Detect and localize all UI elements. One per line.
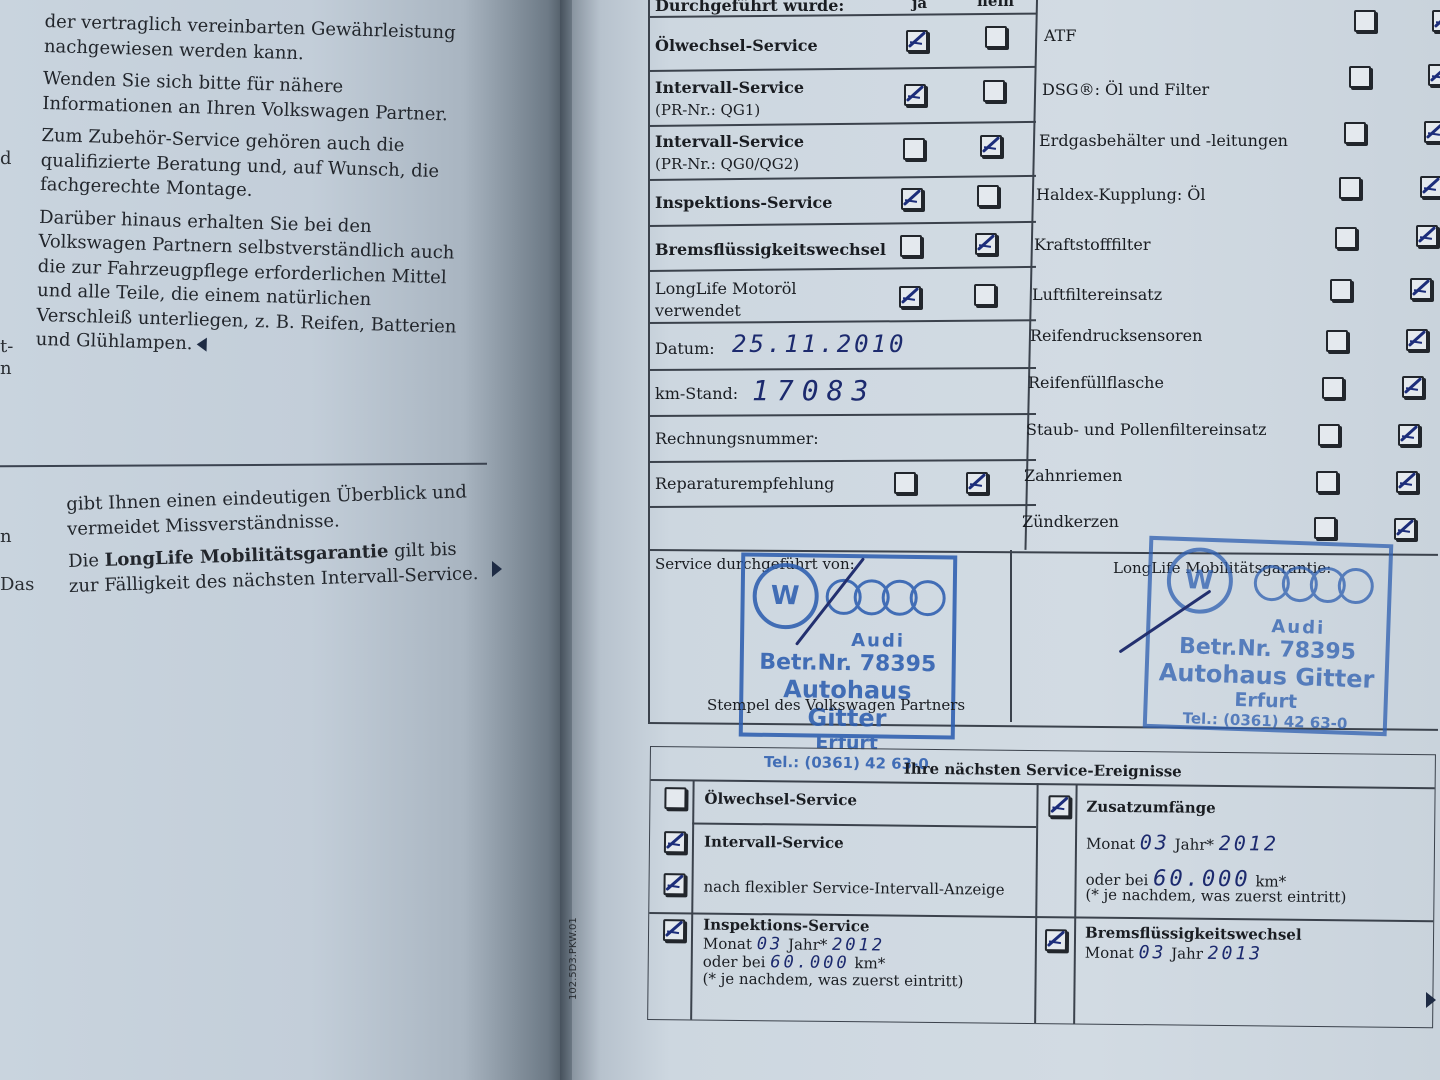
brake-fluid-date-line: Monat 03 Jahr 2013 [1085, 942, 1263, 965]
checkbox-no[interactable] [1420, 176, 1440, 198]
checkbox-yes[interactable] [900, 235, 922, 257]
audi-rings-icon [1261, 565, 1374, 605]
checkbox-yes[interactable] [1349, 66, 1371, 88]
checkbox-no[interactable] [1396, 471, 1418, 493]
checkbox-yes[interactable] [1322, 377, 1344, 399]
checkbox-no[interactable] [983, 80, 1005, 102]
brake-fluid-label: Bremsflüssigkeitswechsel [1085, 924, 1302, 944]
repair-label: Reparaturempfehlung [655, 474, 834, 493]
margin-fragment: n [0, 526, 12, 547]
inspection-note: (* je nachdem, was zuerst eintritt) [702, 970, 963, 991]
audi-rings-icon [833, 579, 945, 617]
row-sublabel: verwendet [655, 301, 741, 320]
right-check-divider [1073, 783, 1077, 1023]
checkbox-yes[interactable] [1335, 227, 1357, 249]
triangle-right-icon [1426, 992, 1436, 1008]
brake-fluid-month[interactable]: 03 [1139, 942, 1167, 963]
extras-date-line: Monat 03 Jahr* 2012 [1086, 830, 1279, 856]
checkbox-interval-service[interactable] [664, 831, 686, 853]
row-label: LongLife Motoröl [655, 279, 797, 298]
checkbox-yes[interactable] [1314, 517, 1336, 539]
margin-fragment: d [0, 148, 12, 169]
datum-label: Datum: [655, 339, 715, 358]
checkbox-flexible-interval[interactable] [663, 873, 685, 895]
checkbox-no[interactable] [1394, 518, 1416, 540]
col-no-header: nein [977, 0, 1014, 10]
extra-label: Staub- und Pollenfiltereinsatz [1026, 420, 1267, 439]
row-label: Intervall-Service [655, 132, 804, 151]
checkbox-yes[interactable] [1354, 10, 1376, 32]
checkbox-yes[interactable] [901, 188, 923, 210]
checkbox-yes[interactable] [1318, 424, 1340, 446]
vw-logo-icon: W [752, 563, 819, 630]
margin-fragment: t- [0, 336, 13, 357]
checkbox-no[interactable] [1428, 64, 1440, 86]
checkbox-yes[interactable] [904, 84, 926, 106]
invoice-label: Rechnungsnummer: [655, 429, 819, 448]
left-page-top-text: der vertraglich vereinbarten Gewährleist… [35, 10, 475, 372]
checkbox-no[interactable] [974, 284, 996, 306]
km-value[interactable]: 17083 [752, 374, 876, 407]
next-service-events: Ihre nächsten Service-Ereignisse Ölwechs… [647, 746, 1436, 1028]
checkbox-no[interactable] [1432, 10, 1440, 32]
paragraph: Wenden Sie sich bitte für nähere Informa… [42, 67, 473, 128]
checkbox-inspection[interactable] [663, 919, 685, 941]
extras-label: Zusatzumfänge [1086, 798, 1216, 817]
dealer-stamp: W Audi Betr.Nr. 78395 Autohaus Gitter Er… [1143, 536, 1394, 736]
stamp-betr-nr: Betr.Nr. 78395 [744, 650, 952, 678]
row-sublabel: (PR-Nr.: QG1) [655, 101, 760, 119]
paragraph: Darüber hinaus erhalten Sie bei den Volk… [35, 205, 469, 364]
oil-service-label: Ölwechsel-Service [704, 790, 857, 810]
row-label: Inspektions-Service [655, 193, 832, 212]
brake-fluid-year[interactable]: 2013 [1208, 943, 1264, 965]
row-label: Ölwechsel-Service [655, 36, 818, 55]
margin-fragment: Das [0, 574, 34, 595]
checkbox-yes[interactable] [1316, 471, 1338, 493]
checkbox-no[interactable] [966, 472, 988, 494]
checkbox-yes[interactable] [1339, 177, 1361, 199]
paragraph: Zum Zubehör-Service gehören auch die qua… [40, 124, 472, 209]
col-yes-header: ja [912, 0, 927, 12]
checkbox-no[interactable] [1424, 121, 1440, 143]
checkbox-oil-service[interactable] [664, 787, 686, 809]
extra-label: Luftfiltereinsatz [1032, 285, 1162, 304]
signature-divider [1010, 550, 1012, 722]
checkbox-no[interactable] [1402, 376, 1424, 398]
checkbox-no[interactable] [1406, 329, 1428, 351]
extra-label: DSG®: Öl und Filter [1042, 80, 1209, 99]
check-column-divider [690, 779, 694, 1019]
checkbox-yes[interactable] [1326, 330, 1348, 352]
extras-month[interactable]: 03 [1140, 830, 1170, 854]
checkbox-no[interactable] [1416, 225, 1438, 247]
row-label: Bremsflüssigkeitswechsel [655, 240, 886, 259]
row-divider [692, 822, 1036, 827]
interval-service-label: Intervall-Service [704, 833, 844, 852]
checkbox-no[interactable] [977, 185, 999, 207]
row-sublabel: (PR-Nr.: QG0/QG2) [655, 155, 799, 173]
extras-note: (* je nachdem, was zuerst eintritt) [1085, 886, 1346, 907]
vw-logo-icon: W [1165, 546, 1233, 614]
checkbox-no[interactable] [980, 135, 1002, 157]
checkbox-yes[interactable] [899, 286, 921, 308]
left-page-bottom-text: gibt Ihnen einen eindeutigen Überblick u… [66, 480, 489, 607]
checkbox-no[interactable] [1410, 278, 1432, 300]
print-code: 102.5D3.PKW.01 [568, 917, 579, 1000]
extra-label: Reifendrucksensoren [1030, 326, 1202, 345]
checkbox-brake-fluid[interactable] [1045, 929, 1067, 951]
datum-value[interactable]: 25.11.2010 [732, 330, 907, 358]
extra-label: Zündkerzen [1022, 512, 1119, 531]
extra-label: Haldex-Kupplung: Öl [1036, 185, 1206, 204]
checkbox-yes[interactable] [894, 472, 916, 494]
extra-label: ATF [1044, 26, 1076, 45]
checkbox-yes[interactable] [903, 138, 925, 160]
row-label: Intervall-Service [655, 78, 804, 97]
checkbox-yes[interactable] [1344, 122, 1366, 144]
checkbox-no[interactable] [1398, 424, 1420, 446]
form-border-left [648, 0, 650, 722]
stamp-caption: Stempel des Volkswagen Partners [707, 696, 965, 714]
checkbox-extras[interactable] [1048, 795, 1070, 817]
km-label: km-Stand: [655, 384, 738, 403]
margin-fragment: n [0, 358, 12, 379]
checkbox-no[interactable] [985, 26, 1007, 48]
triangle-right-icon [492, 561, 502, 577]
extras-year[interactable]: 2012 [1219, 831, 1279, 856]
extra-label: Reifenfüllflasche [1028, 373, 1164, 392]
flexible-interval-label: nach flexibler Service-Intervall-Anzeige [703, 878, 1004, 899]
checkbox-yes[interactable] [906, 30, 928, 52]
checkbox-no[interactable] [975, 233, 997, 255]
center-divider [1034, 783, 1038, 1023]
checkbox-yes[interactable] [1330, 279, 1352, 301]
stamp-brand: Audi [804, 629, 952, 652]
extra-label: Erdgasbehälter und -leitungen [1039, 131, 1288, 150]
paragraph: Die LongLife Mobilitätsgarantie gilt bis… [68, 537, 489, 599]
inspection-label: Inspektions-Service [703, 916, 870, 936]
performed-header: Durchgeführt wurde: [655, 0, 844, 15]
extra-label: Zahnriemen [1024, 466, 1122, 485]
extra-label: Kraftstofffilter [1034, 235, 1150, 254]
triangle-left-icon [196, 337, 206, 351]
